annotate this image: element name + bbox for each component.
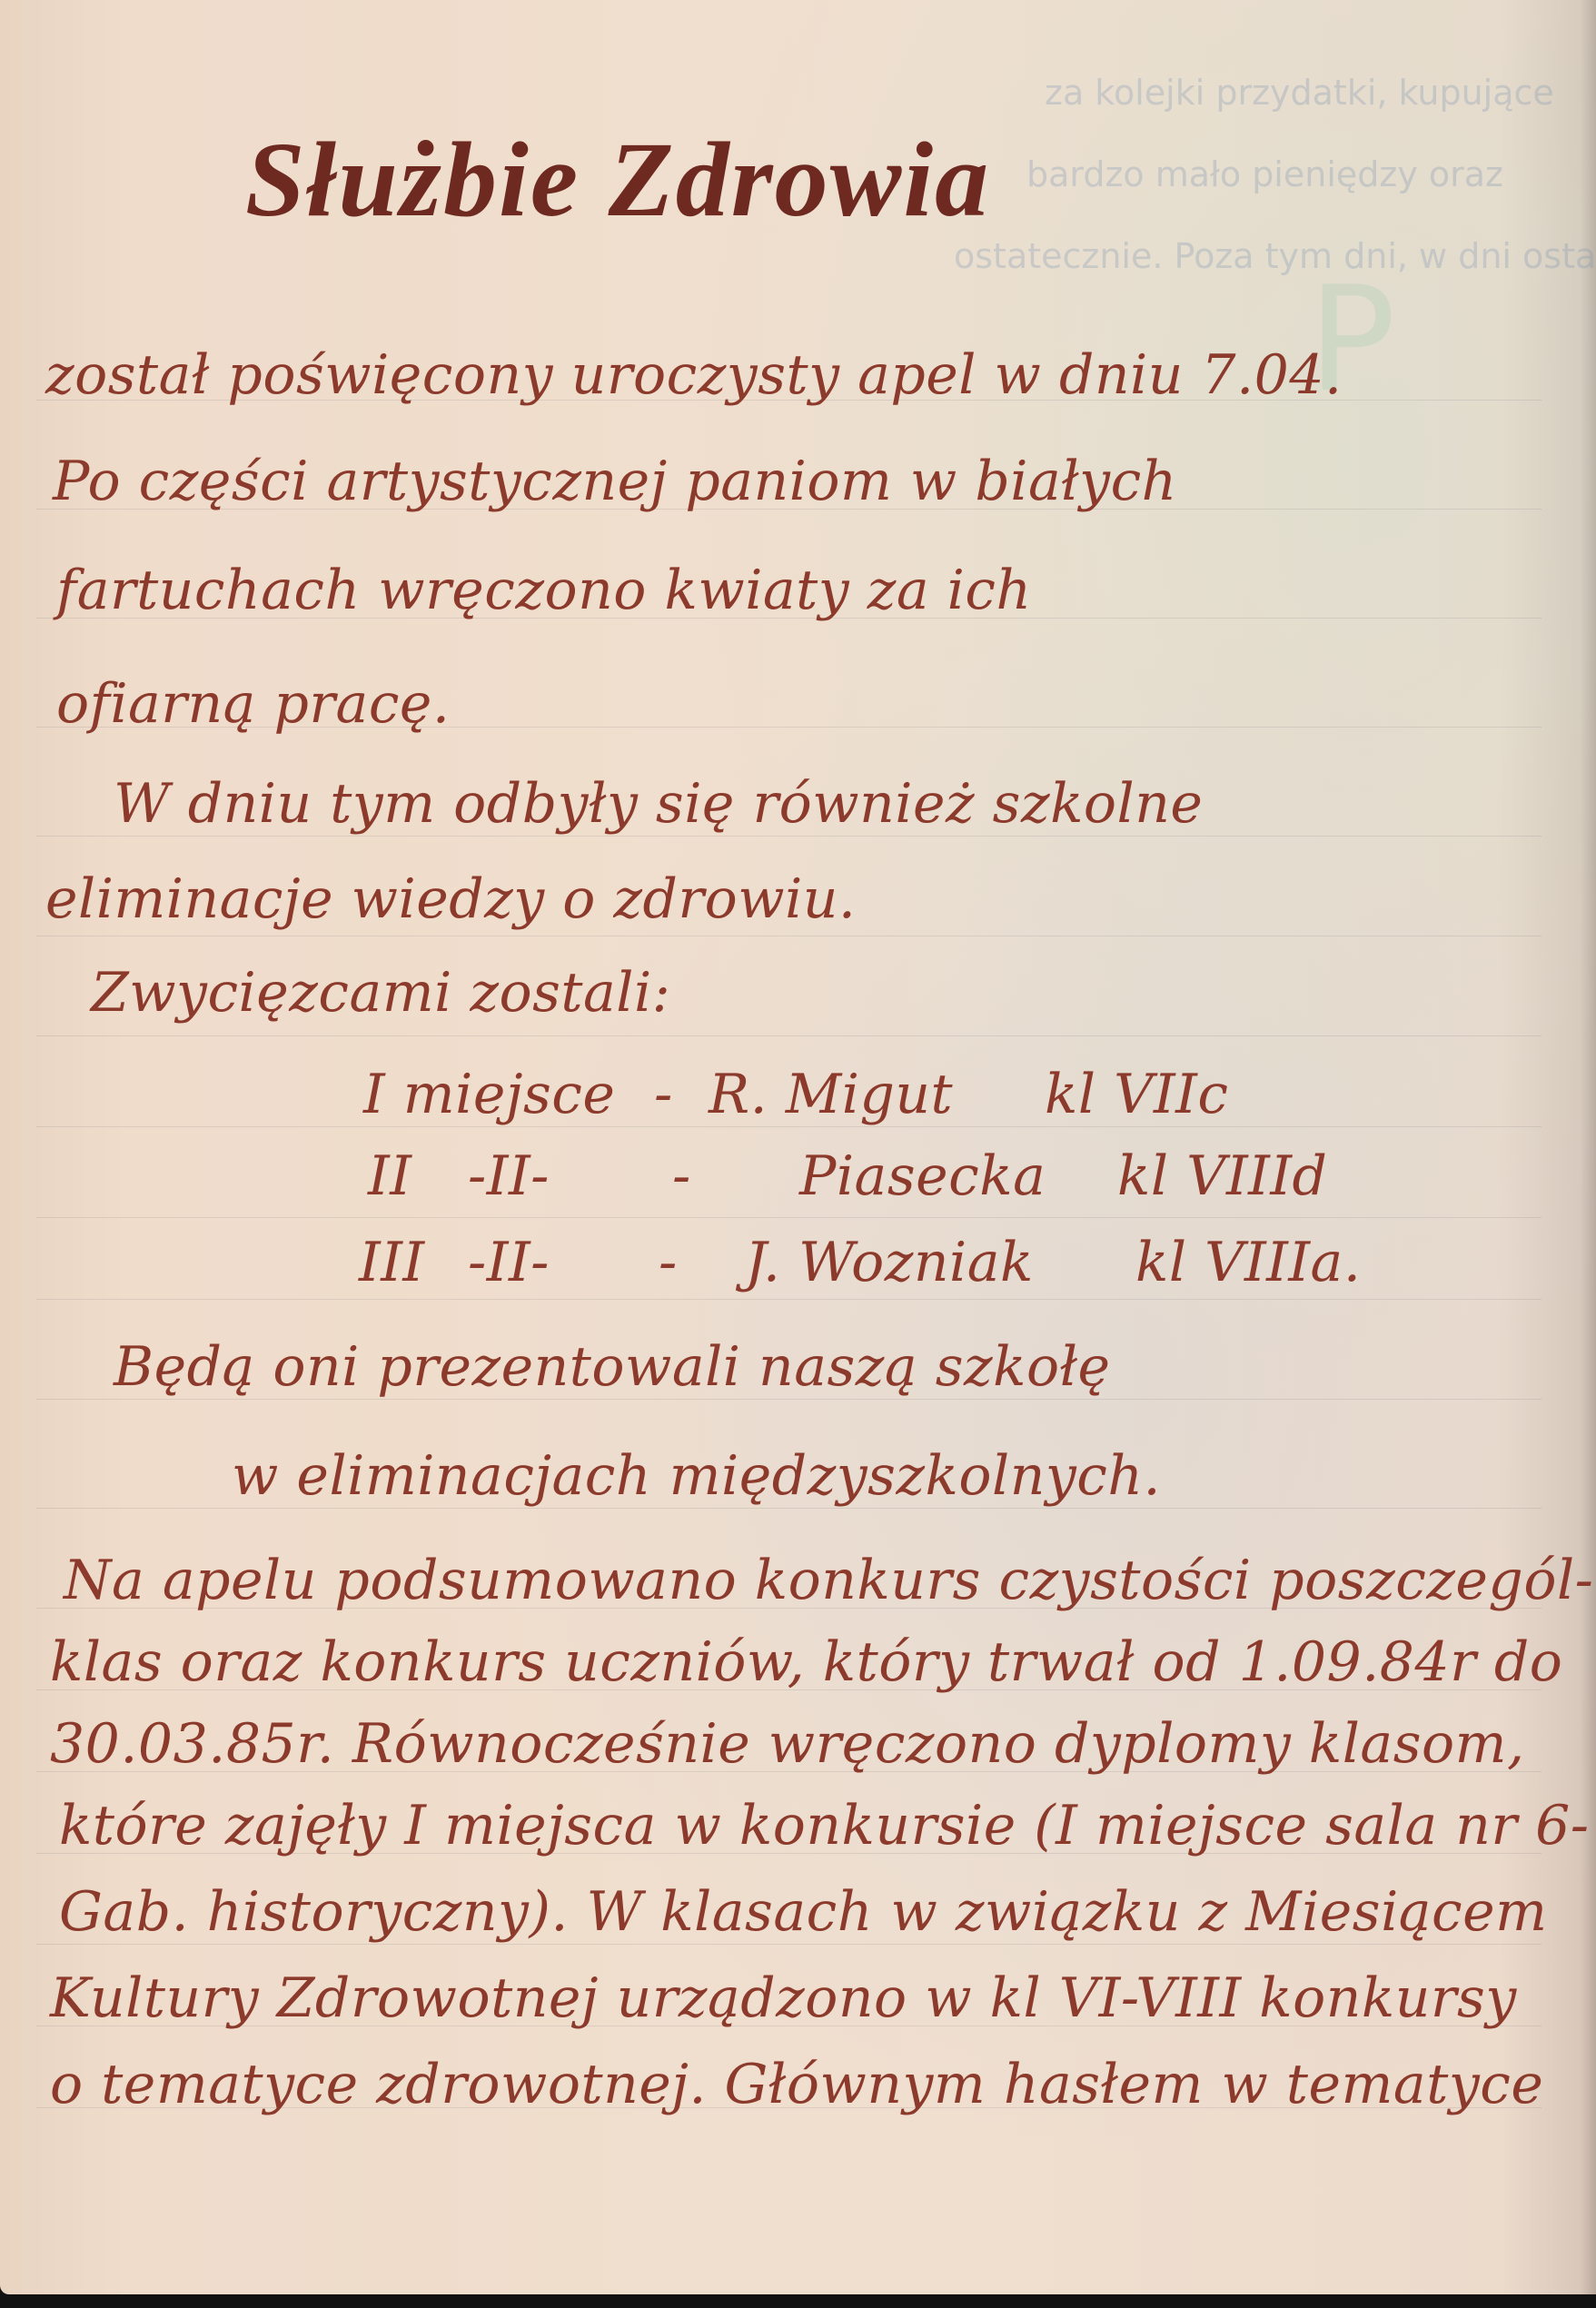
winners-heading: Zwycięzcami zostali:	[91, 961, 670, 1025]
winner-place: I miejsce	[363, 1063, 615, 1126]
ruled-line	[36, 936, 1541, 936]
text-line: klas oraz konkurs uczniów, który trwał o…	[50, 1630, 1562, 1694]
text-line: które zajęły I miejsca w konkursie (I mi…	[59, 1794, 1590, 1857]
notebook-page: za kolejki przydatki, kupujące bardzo ma…	[0, 0, 1596, 2294]
ruled-line	[36, 1035, 1541, 1036]
winner-name: R. Migut	[709, 1063, 953, 1126]
text-line: eliminacje wiedzy o zdrowiu.	[45, 867, 857, 931]
text-line: Będą oni prezentowali naszą szkołę	[114, 1335, 1111, 1399]
winner-class: kl VIIId	[1117, 1144, 1327, 1208]
winner-name: Piasecka	[799, 1144, 1046, 1208]
ruled-line	[36, 1299, 1541, 1300]
winner-place: III	[359, 1231, 425, 1294]
bleed-through-text: bardzo mało pieniędzy oraz	[1026, 154, 1503, 194]
winner-ditto-mark: -II-	[468, 1231, 550, 1294]
text-line: W dniu tym odbyły się również szkolne	[114, 772, 1203, 836]
ruled-line	[36, 1944, 1541, 1945]
text-line: fartuchach wręczono kwiaty za ich	[56, 559, 1032, 622]
ruled-line	[36, 1217, 1541, 1218]
winner-separator: -	[659, 1231, 678, 1294]
text-line: został poświęcony uroczysty apel w dniu …	[45, 343, 1343, 407]
ruled-line	[36, 1126, 1541, 1127]
winner-separator: -	[654, 1063, 673, 1126]
winner-class: kl VIIIa.	[1135, 1231, 1361, 1294]
winner-separator: -	[672, 1144, 691, 1208]
text-line: Na apelu podsumowano konkurs czystości p…	[64, 1549, 1593, 1612]
text-line: o tematyce zdrowotnej. Głównym hasłem w …	[50, 2053, 1543, 2116]
text-line: 30.03.85r. Równocześnie wręczono dyplomy…	[50, 1712, 1525, 1776]
text-line: Po części artystycznej paniom w białych	[53, 450, 1177, 513]
ruled-line	[36, 836, 1541, 837]
text-line: Kultury Zdrowotnej urządzono w kl VI-VII…	[50, 1966, 1517, 2030]
winner-name: J. Wozniak	[745, 1231, 1034, 1294]
text-line: Gab. historyczny). W klasach w związku z…	[59, 1880, 1548, 1944]
text-line: w eliminacjach międzyszkolnych.	[232, 1444, 1161, 1508]
ruled-line	[36, 1508, 1541, 1509]
winner-place: II	[368, 1144, 411, 1208]
ruled-line	[36, 1399, 1541, 1400]
page-title: Służbie Zdrowia	[245, 118, 990, 242]
bleed-through-text: ostatecznie. Poza tym dni, w dni ostatni…	[954, 236, 1596, 276]
bleed-through-text: za kolejki przydatki, kupujące	[1045, 73, 1554, 113]
winner-class: kl VIIc	[1045, 1063, 1228, 1126]
winner-ditto-mark: -II-	[468, 1144, 550, 1208]
text-line: ofiarną pracę.	[56, 672, 451, 736]
